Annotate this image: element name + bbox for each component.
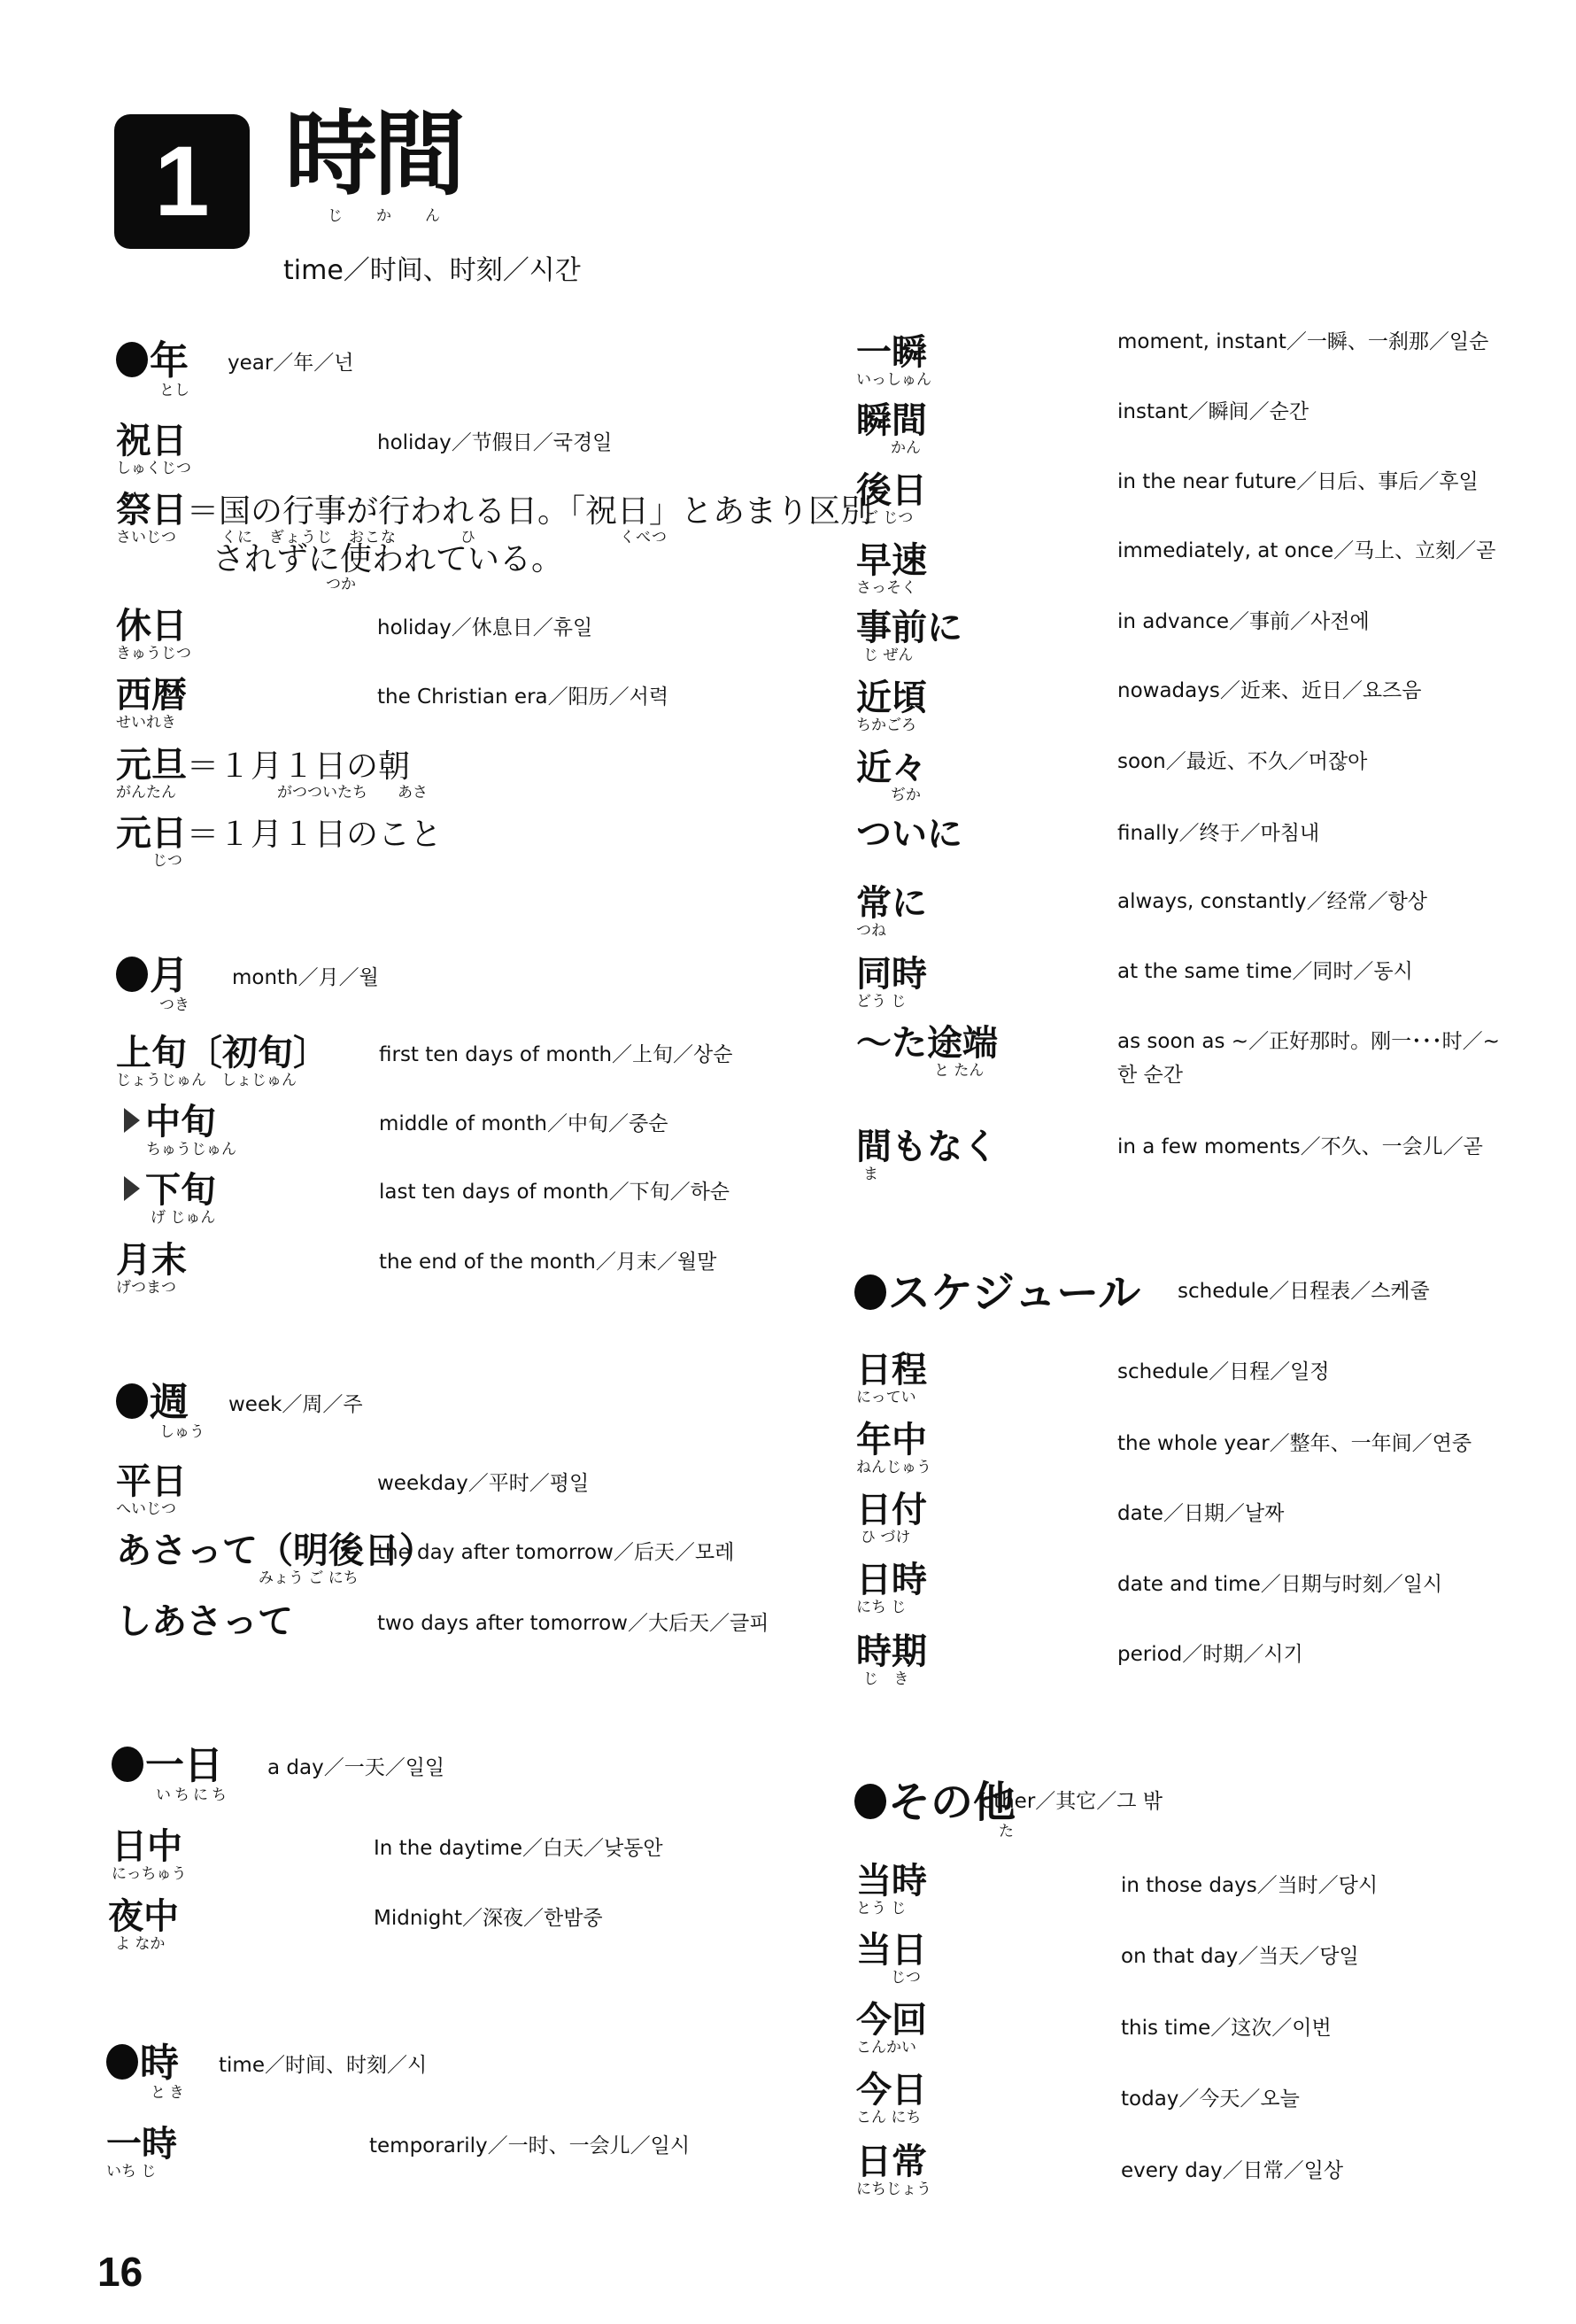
section-heading-year: 年	[116, 342, 189, 381]
term: 一瞬	[856, 335, 927, 370]
section-gloss: month／月／월	[232, 962, 379, 995]
term: 同時	[856, 957, 927, 992]
term: 近々	[856, 750, 927, 786]
note-ganjitsu: 元日＝１月１日のこと	[116, 816, 442, 851]
note-term-reading: さいじつ	[116, 531, 176, 546]
section-heading-text: 年	[150, 338, 189, 383]
term: 下旬	[145, 1170, 216, 1211]
term: 当日	[856, 1933, 927, 1968]
note-sentence: ＝１月１日のこと	[187, 817, 442, 853]
term-definition: first ten days of month／上旬／상순	[379, 1039, 732, 1073]
term-reading: にち じ	[856, 1600, 906, 1615]
section-gloss: a day／一天／일일	[267, 1752, 444, 1785]
term: 祝日	[116, 423, 187, 459]
term: 当時	[856, 1863, 927, 1899]
term-definition: In the daytime／白天／낮동안	[374, 1832, 663, 1866]
section-gloss: other／其它／그 밖	[981, 1786, 1163, 1818]
note-line2-reading: つか	[326, 577, 356, 593]
term: 年中	[856, 1422, 927, 1458]
term: 夜中	[108, 1899, 179, 1934]
section-gloss: year／年／넌	[228, 347, 354, 380]
term-reading: にちじょう	[856, 2182, 931, 2197]
term-reading: せいれき	[116, 716, 176, 731]
note-sentence-line2: されずに使われている。	[212, 544, 563, 576]
term-definition: in those days／当时／당시	[1121, 1870, 1378, 1903]
term: 日時	[856, 1562, 927, 1598]
term-definition: immediately, at once／马上、立刻／곧	[1117, 535, 1495, 569]
term-with-marker: 下旬	[124, 1173, 216, 1208]
note-sentence-readings: がつついたち あさ	[277, 786, 428, 801]
term-reading: とう じ	[856, 1902, 906, 1917]
term-reading: きゅうじつ	[116, 647, 191, 662]
section-heading-reading: いちにち	[156, 1788, 230, 1803]
term: ついに	[856, 817, 962, 852]
term: 事前に	[856, 610, 962, 646]
page-number: 16	[97, 2248, 143, 2296]
term: 日中	[112, 1829, 182, 1864]
term: ～た途端	[856, 1026, 998, 1061]
term-definition: as soon as ~／正好那时。刚一･･･时／~한 순간	[1117, 1026, 1516, 1093]
term-definition: soon／最近、不久／머잖아	[1117, 746, 1367, 779]
term-reading: じ ぜん	[863, 648, 913, 663]
section-heading-reading: とし	[159, 383, 189, 399]
section-heading-week: 週	[116, 1383, 189, 1422]
term-reading: かん	[891, 441, 921, 456]
term: 日付	[856, 1492, 927, 1528]
term-definition: weekday／平时／평일	[377, 1468, 589, 1501]
term: 日程	[856, 1352, 927, 1388]
term-definition: this time／这次／이번	[1121, 2012, 1332, 2046]
chapter-title-reading: じかん	[328, 209, 474, 224]
section-gloss: schedule／日程表／스케줄	[1178, 1275, 1430, 1308]
note-gantan: 元旦＝１月１日の朝	[116, 748, 410, 783]
term-definition: two days after tomorrow／大后天／글피	[377, 1607, 769, 1641]
bullet-icon	[116, 957, 148, 992]
term-definition: schedule／日程／일정	[1117, 1356, 1330, 1390]
section-gloss: week／周／주	[228, 1389, 363, 1422]
bullet-icon	[116, 1383, 148, 1419]
term-definition: Midnight／深夜／한밤중	[374, 1902, 603, 1936]
term: 西暦	[116, 678, 187, 713]
term-definition: holiday／休息日／휴일	[377, 612, 592, 646]
section-heading-reading: しゅう	[159, 1425, 205, 1440]
section-heading-toki: 時	[106, 2044, 179, 2083]
section-heading-text: 一日	[145, 1743, 223, 1788]
term-reading: ちゅうじゅん	[146, 1143, 236, 1158]
term: 瞬間	[856, 403, 927, 438]
term: 日常	[856, 2144, 927, 2180]
term: 一時	[106, 2126, 177, 2162]
chapter-number-badge: 1	[114, 114, 250, 249]
term-reading: いち じ	[106, 2165, 156, 2180]
term-definition: moment, instant／一瞬、一刹那／일순	[1117, 326, 1488, 360]
term-reading: こん にち	[856, 2111, 921, 2126]
note-term: 元日	[116, 813, 187, 854]
term-reading: ぢか	[891, 788, 921, 803]
term-reading: よ なか	[115, 1937, 165, 1952]
section-heading-reading: とき	[151, 2086, 188, 2101]
term-definition: middle of month／中旬／중순	[379, 1108, 668, 1142]
section-heading-text: 時	[140, 2041, 179, 2086]
term-definition: in advance／事前／사전에	[1117, 606, 1370, 639]
section-heading-day: 一日	[112, 1747, 223, 1786]
term-reading: ねんじゅう	[856, 1460, 931, 1476]
note-term: 元旦	[116, 745, 187, 786]
term: しあさって	[116, 1604, 293, 1639]
chapter-gloss: time／时间、时刻／시간	[283, 248, 581, 287]
section-heading-reading: つき	[159, 998, 189, 1013]
term-definition: every day／日常／일상	[1121, 2155, 1343, 2188]
term: 上旬〔初旬〕	[116, 1035, 328, 1071]
term-reading: へいじつ	[116, 1502, 176, 1517]
section-heading-text: 月	[150, 953, 189, 998]
term: 近頃	[856, 680, 927, 716]
bullet-icon	[854, 1274, 886, 1310]
term-reading: じつ	[891, 1971, 921, 1986]
term-reading: さっそく	[856, 581, 916, 596]
term-definition: last ten days of month／下旬／하순	[379, 1176, 730, 1210]
term: 今回	[856, 2003, 927, 2038]
term-reading: ご じつ	[863, 511, 913, 526]
term-definition: nowadays／近来、近日／요즈음	[1117, 675, 1422, 709]
term-with-marker: 中旬	[124, 1104, 216, 1140]
term-reading: げつまつ	[116, 1281, 176, 1296]
term-reading: にってい	[856, 1391, 916, 1406]
note-term-saijitsu: 祭日＝国の行事が行われる日。「祝日」とあまり区別	[116, 492, 872, 528]
term-definition: instant／瞬间／순간	[1117, 396, 1309, 430]
term-reading: どう じ	[856, 995, 906, 1010]
term-definition: the Christian era／阳历／서력	[377, 681, 668, 715]
term-definition: in a few moments／不久、一会儿／곧	[1117, 1131, 1483, 1165]
term: 早速	[856, 543, 927, 578]
term-definition: the end of the month／月末／월말	[379, 1246, 716, 1280]
triangle-right-icon	[124, 1176, 140, 1201]
term-reading: じ き	[863, 1672, 914, 1687]
term-reading: げ じゅん	[151, 1211, 215, 1226]
chapter-number: 1	[154, 132, 209, 231]
term-definition: date and time／日期与时刻／일시	[1117, 1569, 1442, 1602]
term-definition: at the same time／同时／동시	[1117, 956, 1413, 989]
note-sentence: ＝１月１日の朝	[187, 748, 410, 785]
term: 今日	[856, 2072, 927, 2108]
term-definition: temporarily／一时、一会儿／일시	[369, 2130, 690, 2164]
term-definition: period／时期／시기	[1117, 1638, 1303, 1672]
term-definition: today／今天／오늘	[1121, 2083, 1300, 2117]
note-term-reading: じつ	[152, 854, 182, 869]
term: 後日	[856, 473, 927, 508]
term-reading: しゅくじつ	[116, 461, 191, 476]
term-reading: と たん	[934, 1064, 984, 1079]
term: 休日	[116, 608, 187, 644]
term-reading: ま	[863, 1167, 878, 1182]
section-heading-reading: た	[999, 1824, 1014, 1840]
term-definition: the whole year／整年、一年间／연중	[1117, 1428, 1472, 1461]
term-definition: holiday／节假日／국경일	[377, 427, 612, 461]
term-definition: the day after tomorrow／后天／모레	[377, 1537, 734, 1570]
term-reading: じょうじゅん しょじゅん	[116, 1073, 297, 1088]
term: 常に	[856, 886, 927, 921]
section-gloss: time／时间、时刻／시	[219, 2049, 427, 2082]
bullet-icon	[116, 342, 148, 377]
term-reading: つね	[856, 924, 886, 939]
section-heading-month: 月	[116, 957, 189, 995]
triangle-right-icon	[124, 1108, 140, 1133]
bullet-icon	[112, 1747, 143, 1782]
note-term-reading: がんたん	[116, 786, 176, 801]
chapter-title: 時間	[285, 108, 462, 200]
bullet-icon	[854, 1784, 886, 1819]
term: 中旬	[145, 1102, 216, 1143]
term-reading: ちかごろ	[856, 718, 916, 733]
term-definition: finally／终于／마침내	[1117, 817, 1319, 851]
term: 平日	[116, 1464, 187, 1499]
section-heading-text: スケジュール	[888, 1268, 1140, 1318]
term: 月末	[116, 1243, 187, 1278]
term-reading: ひ づけ	[861, 1530, 910, 1545]
bullet-icon	[106, 2044, 138, 2080]
term: 間もなく	[856, 1129, 998, 1165]
term-reading: みょう ご にち	[259, 1571, 359, 1586]
term-definition: date／日期／날짜	[1117, 1498, 1284, 1531]
note-sentence: ＝国の行事が行われる日。「祝日」とあまり区別	[187, 493, 872, 530]
term-definition: always, constantly／经常／항상	[1117, 886, 1427, 919]
term: 時期	[856, 1634, 927, 1669]
term-reading: こんかい	[856, 2041, 916, 2056]
term-definition: in the near future／日后、事后／후일	[1117, 466, 1479, 500]
section-heading-schedule: スケジュール	[854, 1272, 1140, 1314]
term-reading: いっしゅん	[856, 373, 931, 388]
term-reading: にっちゅう	[112, 1867, 187, 1882]
term-definition: on that day／当天／당일	[1121, 1941, 1359, 1974]
note-term: 祭日	[116, 490, 187, 531]
section-heading-text: 週	[150, 1380, 189, 1425]
